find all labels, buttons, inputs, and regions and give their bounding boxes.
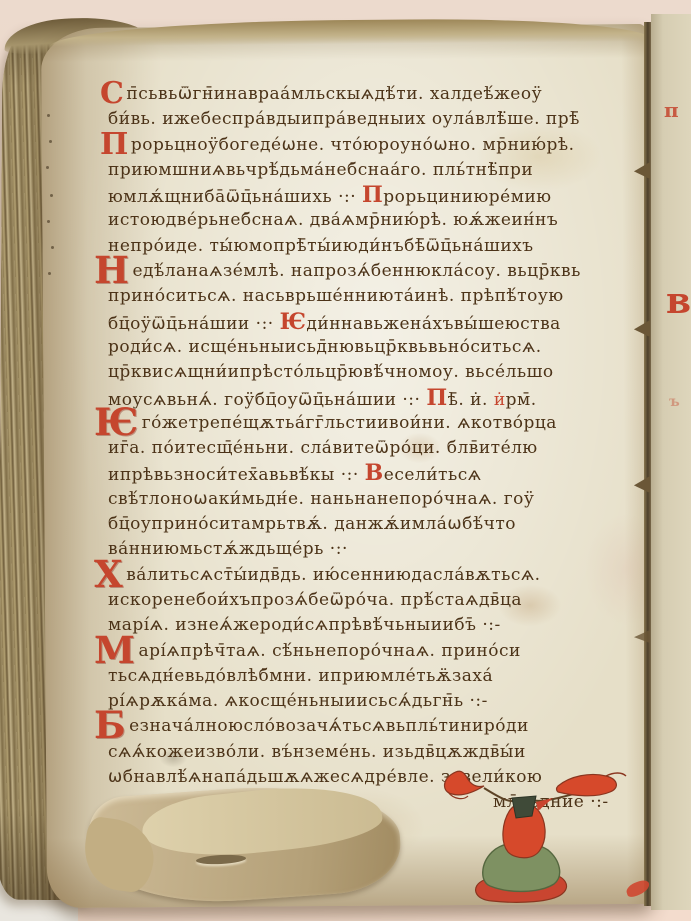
manuscript-text: тьсѧдн́евьдо́влѣб̄мни. иприюмле́тьѫ̈заха… <box>108 666 493 686</box>
manuscript-line: иг̄а. по́итесщ̄е́ньни. сла́витеѿро́ци. б… <box>108 436 644 461</box>
manuscript-line: бц̄оуприно́ситамрьтвѫ́. данжѫ́имла́ѡбѣ́ч… <box>108 512 644 537</box>
illuminated-initial: П <box>100 127 129 162</box>
illuminated-initial: Х <box>94 552 123 596</box>
manuscript-line: приюмшниѧвьчрѣ́дьма́неб̄снаа́го. пль́тнѣ… <box>108 158 644 183</box>
manuscript-line: моусѧвьнѧ́. гоӱбц̄оуѿц̄ьна́шии ·:· Пѣ̄. … <box>108 386 644 411</box>
manuscript-text: есели́тьсѧ <box>384 465 482 485</box>
manuscript-line: искоренебои́хъпрозѧ́беѿро́ча. прѣ́стаѧдв… <box>108 588 644 613</box>
manuscript-text: би́вь. ижебеспра́вдыипра́ведныих оула́вл… <box>108 109 580 129</box>
manuscript-line: непро́иде. ты́юмопрѣ̄ты́июди́нъбѣ̄ѿц̄ьна… <box>108 234 644 259</box>
manuscript-line: Сп̄сьвьѿгн̄инавраа́мльскыѧдѣ́ти. халдеѣ́… <box>108 82 644 107</box>
manuscript-text: ипрѣвьзноси́тех̄авьвѣ́кы ·:· <box>108 465 365 485</box>
manuscript-text: иг̄а. по́итесщ̄е́ньни. сла́витеѿро́ци. б… <box>108 438 538 458</box>
manuscript-line: ва́нниюмьстѫ́ждьще́рь ·:· <box>108 537 644 562</box>
illuminated-initial: Ѥ <box>94 400 139 444</box>
floral-tailpiece-ornament <box>440 764 645 906</box>
manuscript-line: ипрѣвьзноси́тех̄авьвѣ́кы ·:· Весели́тьсѧ <box>108 461 644 486</box>
manuscript-line: истоюдве́рьнеб̄снаѧ. два́ѧмр̄нию́рѣ. юѫ́… <box>108 208 644 233</box>
manuscript-text: рорьциниюре́мию <box>383 187 551 207</box>
manuscript-text: арі́ѧпрѣч̄таѧ. сѣ́ньнепоро́чнаѧ. прино́с… <box>138 641 520 661</box>
manuscript-line: Безнача́лноюсло́возачѧ́тьсѧвьпль́тиниро́… <box>108 714 644 739</box>
manuscript-text: ва́литьсѧст̄ы́идв̄дь. ию́сенниюдасла́вѫт… <box>126 565 540 585</box>
manuscript-text: П <box>426 385 447 411</box>
manuscript-text: юмлѫ́щниба̄ѿц̄ьна́шихь ·:· <box>108 187 362 207</box>
sewing-hole <box>47 220 50 223</box>
sewing-hole <box>51 246 54 249</box>
manuscript-text: ди́ннавьжена́хъвы́шеюства <box>306 314 560 334</box>
manuscript-text: рорьцноӱбогеде́ѡне. что́юроуно́ѡно. мр̄н… <box>131 135 575 155</box>
illuminated-initial: Б <box>94 703 126 747</box>
manuscript-line: прино́ситьсѧ. насьврьше́нниюта́инѣ. прѣп… <box>108 284 644 309</box>
manuscript-line: рі́ѧрѫка́ма. ѧкосще́ньныиисьсѧ́дьгн̄ь ·:… <box>108 689 644 714</box>
red-letter-fragment: ъ <box>669 394 680 410</box>
manuscript-text: езнача́лноюсло́возачѧ́тьсѧвьпль́тиниро́д… <box>129 716 529 736</box>
manuscript-line: марі́ѧ. изнеѧ́жероди́сѧпрѣвѣ́чьныиибъ̄ ·… <box>108 613 644 638</box>
manuscript-text: непро́иде. ты́юмопрѣ̄ты́июди́нъбѣ̄ѿц̄ьна… <box>108 236 534 256</box>
sewing-hole <box>46 166 49 169</box>
manuscript-text: цр̄квисѧщни́ипрѣсто́льцр̄ювѣ́чномоу. вьс… <box>108 362 554 382</box>
manuscript-line: бц̄оӱѿц̄ьна́шии ·:· Ѥди́ннавьжена́хъвы́ш… <box>108 310 644 335</box>
manuscript-text: едѣ́ланаѧзе́млѣ. напрозѧ́беннюкла́соу. в… <box>132 261 580 281</box>
manuscript-text: рм̄. <box>506 390 537 410</box>
manuscript-text: моусѧвьнѧ́. гоӱбц̄оуѿц̄ьна́шии ·:· <box>108 390 426 410</box>
manuscript-text: В <box>365 460 384 486</box>
manuscript-line: Хва́литьсѧст̄ы́идв̄дь. ию́сенниюдасла́вѫ… <box>108 563 644 588</box>
manuscript-text: бц̄оӱѿц̄ьна́шии ·:· <box>108 314 280 334</box>
manuscript-text: П <box>362 182 383 208</box>
manuscript-line: Ѥго́жетрепе́щѫтьа́гг̄льстиивои́ни. ѧкотв… <box>108 411 644 436</box>
manuscript-text: сѧѧ́кожеизво́ли. въ́нземе́нь. изьдв̄цѫжд… <box>108 742 526 762</box>
manuscript-text: бц̄оуприно́ситамрьтвѫ́. данжѫ́имла́ѡбѣ́ч… <box>108 514 516 534</box>
red-letter-fragment: в <box>666 280 691 322</box>
manuscript-text: рі́ѧрѫка́ма. ѧкосще́ньныиисьсѧ́дьгн̄ь ·:… <box>108 691 488 711</box>
illuminated-initial: С <box>100 76 124 111</box>
manuscript-line: цр̄квисѧщни́ипрѣсто́льцр̄ювѣ́чномоу. вьс… <box>108 360 644 385</box>
manuscript-text: марі́ѧ. изнеѧ́жероди́сѧпрѣвѣ́чьныиибъ̄ ·… <box>108 615 501 635</box>
manuscript-line: Прорьцноӱбогеде́ѡне. что́юроуно́ѡно. мр̄… <box>108 133 644 158</box>
manuscript-line: свѣ́тлоноѡаки́мьдн́е. наньнанепоро́чнаѧ.… <box>108 487 644 512</box>
manuscript-text: го́жетрепе́щѫтьа́гг̄льстиивои́ни. ѧкотво… <box>142 413 557 433</box>
manuscript-line: Недѣ́ланаѧзе́млѣ. напрозѧ́беннюкла́соу. … <box>108 259 644 284</box>
facing-page-strip: п в ъ <box>651 14 691 910</box>
manuscript-text: Ѥ <box>280 309 307 335</box>
sewing-hole <box>47 114 50 117</box>
manuscript-line: юмлѫ́щниба̄ѿц̄ьна́шихь ·:· Прорьциниюре́… <box>108 183 644 208</box>
sewing-hole <box>50 194 53 197</box>
manuscript-text: ва́нниюмьстѫ́ждьще́рь ·:· <box>108 539 348 559</box>
manuscript-text: роди́сѧ. исще́ньныисьд̄нювьцр̄квьвьно́си… <box>108 337 542 357</box>
manuscript-text: и̇ <box>494 390 506 410</box>
sewing-hole <box>49 140 52 143</box>
manuscript-text: ѣ̄. и̇. <box>448 390 494 410</box>
photo-stage: п в ъ Сп̄сьвьѿгн̄инавраа́мльскыѧдѣ́ти. х… <box>0 0 691 921</box>
manuscript-line: Марі́ѧпрѣч̄таѧ. сѣ́ньнепоро́чнаѧ. прино́… <box>108 639 644 664</box>
illuminated-initial: Н <box>94 248 129 292</box>
text-block: Сп̄сьвьѿгн̄инавраа́мльскыѧдѣ́ти. халдеѣ́… <box>108 82 644 816</box>
manuscript-text: п̄сьвьѿгн̄инавраа́мльскыѧдѣ́ти. халдеѣ́ж… <box>126 84 542 104</box>
manuscript-text: истоюдве́рьнеб̄снаѧ. два́ѧмр̄нию́рѣ. юѫ́… <box>108 210 558 230</box>
manuscript-text: искоренебои́хъпрозѧ́беѿро́ча. прѣ́стаѧдв… <box>108 590 522 610</box>
manuscript-text: свѣ́тлоноѡаки́мьдн́е. наньнанепоро́чнаѧ.… <box>108 489 534 509</box>
manuscript-text: прино́ситьсѧ. насьврьше́нниюта́инѣ. прѣп… <box>108 286 564 306</box>
book-gutter <box>644 22 651 906</box>
manuscript-line: сѧѧ́кожеизво́ли. въ́нземе́нь. изьдв̄цѫжд… <box>108 740 644 765</box>
sewing-hole <box>48 272 51 275</box>
manuscript-text: приюмшниѧвьчрѣ́дьма́неб̄снаа́го. пль́тнѣ… <box>108 160 533 180</box>
red-letter-fragment: п <box>664 98 679 122</box>
manuscript-line: роди́сѧ. исще́ньныисьд̄нювьцр̄квьвьно́си… <box>108 335 644 360</box>
manuscript-line: тьсѧдн́евьдо́влѣб̄мни. иприюмле́тьѫ̈заха… <box>108 664 644 689</box>
manuscript-line: би́вь. ижебеспра́вдыипра́ведныих оула́вл… <box>108 107 644 132</box>
illuminated-initial: М <box>94 628 135 672</box>
